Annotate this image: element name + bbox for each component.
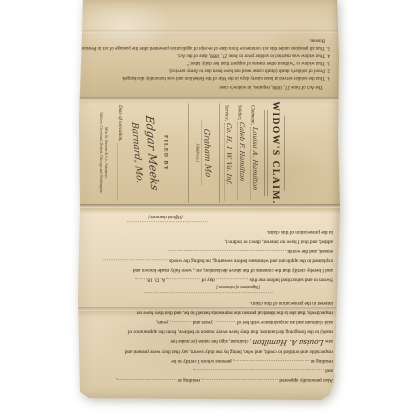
- witness-line: and ………………………………………………………………,: [77, 366, 333, 376]
- witness-line: respectively, that she is the identical …: [77, 308, 333, 318]
- notes-item: 1. That the soldier served at least nine…: [77, 75, 330, 83]
- jurat-cert-line: in the prosecution of this claim.: [77, 228, 333, 238]
- witness-line: Also personally appeared ……………………………………,…: [77, 376, 333, 386]
- docket-field-claimant: Claimant, Louisa A. Hamilton: [250, 105, 260, 201]
- address-handwriting: Graham Mo: [202, 128, 213, 178]
- attorney-imprint-line: Offices: Cleveland, Detroit, Chicago and…: [99, 100, 104, 207]
- jurat-cert-line: explained to the applicant and witnesses…: [77, 256, 333, 266]
- notes-item: 4. That widow was married to soldier pri…: [77, 52, 330, 60]
- photo-canvas: Also personally appeared ……………………………………,…: [0, 0, 416, 416]
- docket-double-rule: [265, 110, 268, 196]
- jurat-sworn-line: Sworn to and subscribed before me this ……: [77, 275, 333, 285]
- witness-line: respectable and entitled to credit, and …: [77, 347, 333, 357]
- document-paper-shadow: Also personally appeared ……………………………………,…: [77, 0, 340, 400]
- claimant-signature-handwriting: Louisa A. Hamilton: [252, 338, 325, 348]
- service-label: Service,: [224, 105, 230, 121]
- docket-title: WIDOW'S CLAIM.: [270, 100, 281, 207]
- docket-panel: WIDOW'S CLAIM. Claimant, Louisa A. Hamil…: [77, 100, 340, 207]
- docket-field-service: Service, Co. H, 1 W. Va. Inf.: [224, 105, 234, 201]
- notes-item: 5. That all pensions under this act comm…: [77, 37, 330, 52]
- notes-header: The Act of June 27, 1890, requires, in w…: [77, 84, 323, 92]
- filed-by-label: FILED BY: [163, 100, 169, 207]
- notes-item: 3. That widow is “without other means of…: [77, 60, 330, 68]
- witness-line-post: , claimant, sign her name (or make her: [170, 339, 251, 345]
- claimant-label: Claimant,: [250, 105, 256, 125]
- docket-divider-rule: [188, 104, 189, 203]
- docket-divider-rule: [220, 104, 221, 203]
- witness-line-with-signature: saw Louisa A. Hamilton , claimant, sign …: [77, 337, 333, 348]
- witness-signature-line: ………………………………………………………………: [123, 291, 273, 299]
- notes-section: The Act of June 27, 1890, requires, in w…: [77, 0, 340, 100]
- docket-rotated-block: WIDOW'S CLAIM. Claimant, Louisa A. Hamil…: [79, 100, 339, 207]
- witness-line: interest in the prosecution of this clai…: [77, 299, 333, 309]
- docket-top-rule: [284, 116, 285, 191]
- soldier-value-handwriting: Caleb F. Hamilton: [238, 122, 246, 182]
- attorney-imprint: Milo B. Stevens & Co., Attorneys. Office…: [99, 100, 109, 207]
- date-of-execution-blank: [118, 144, 125, 201]
- affidavit-section: Also personally appeared ……………………………………,…: [77, 207, 340, 400]
- docket-address-block: Graham Mo [Address.]: [196, 100, 213, 207]
- jurat-cert-line: and I hereby certify that the contents o…: [77, 266, 333, 276]
- witness-line: said claimant and an acquaintance with h…: [77, 318, 333, 328]
- filer-address-handwriting: Barnard, Mo.: [129, 122, 145, 185]
- date-of-execution-label: Date of execution,: [118, 105, 124, 142]
- soldier-label: Soldier,: [237, 105, 243, 120]
- witness-line-pre: saw: [325, 339, 333, 345]
- filed-by-name-block: Edgar Meeks: [146, 100, 159, 207]
- jurat-cert-line: added; and that I have no interest, dire…: [77, 237, 333, 247]
- address-caption: [Address.]: [196, 100, 201, 207]
- jurat-cert-line: erased, and the words …………………………………………………: [77, 247, 333, 257]
- docket-fields: Claimant, Louisa A. Hamilton Soldier, Ca…: [224, 105, 260, 201]
- filer-name-handwriting: Edgar Meeks: [143, 115, 161, 192]
- claimant-value-handwriting: Louisa A. Hamilton: [251, 127, 259, 191]
- filed-by-address-block: Barnard, Mo.: [132, 100, 143, 207]
- attorney-imprint-line: Milo B. Stevens & Co., Attorneys.: [104, 100, 109, 207]
- witness-line: residing at ……………………………………, persons whom…: [77, 357, 333, 367]
- witness-line: mark) to the foregoing declaration; that…: [77, 327, 333, 337]
- date-of-execution-row: Date of execution,: [118, 105, 125, 201]
- notes-item: 2. Proof of soldier's death (death cause…: [77, 67, 330, 75]
- official-signature-line: ………………………………………: [123, 221, 208, 228]
- docket-field-soldier: Soldier, Caleb F. Hamilton: [237, 105, 247, 201]
- document-paper: Also personally appeared ……………………………………,…: [77, 0, 340, 400]
- upside-down-sheet: Also personally appeared ……………………………………,…: [77, 0, 340, 400]
- service-value-handwriting: Co. H, 1 W. Va. Inf.: [225, 123, 233, 185]
